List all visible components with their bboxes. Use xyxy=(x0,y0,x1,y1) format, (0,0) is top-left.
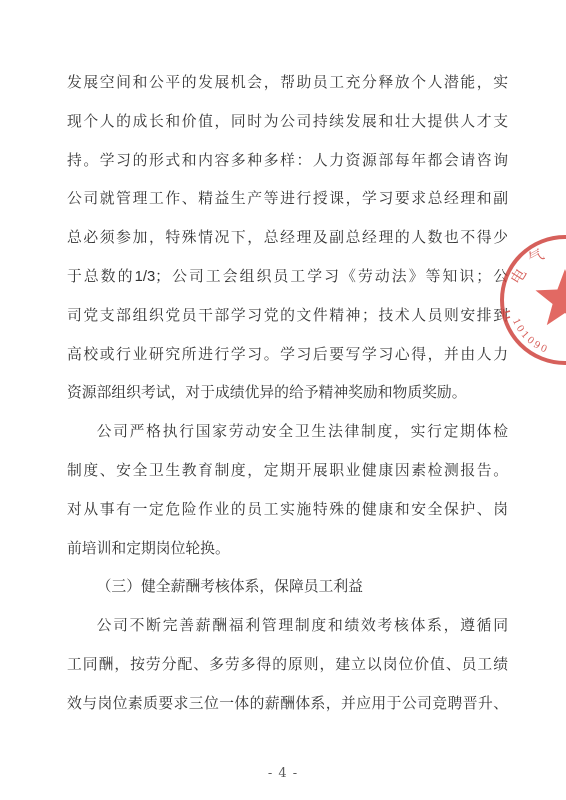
seal-ring xyxy=(502,237,566,363)
text-line: 高校或行业研究所进行学习。学习后要写学习心得，并由人力 xyxy=(67,336,508,375)
seal-company-text: 电气 xyxy=(507,242,555,288)
text-line: 于总数的1/3；公司工会组织员工学习《劳动法》等知识；公 xyxy=(67,258,508,297)
text-line: （三）健全薪酬考核体系，保障员工利益 xyxy=(67,568,508,607)
text-line: 发展空间和公平的发展机会，帮助员工充分释放个人潜能，实 xyxy=(67,64,508,103)
text-line: 总必须参加，特殊情况下，总经理及副总经理的人数也不得少 xyxy=(67,219,508,258)
svg-text:101090: 101090 xyxy=(510,317,551,356)
document-lines: 发展空间和公平的发展机会，帮助员工充分释放个人潜能，实现个人的成长和价值，同时为… xyxy=(67,64,508,724)
text-line: 对从事有一定危险作业的员工实施特殊的健康和安全保护、岗 xyxy=(67,491,508,530)
text-line: 前培训和定期岗位轮换。 xyxy=(67,530,508,569)
text-line: 效与岗位素质要求三位一体的薪酬体系，并应用于公司竞聘晋升、 xyxy=(67,685,508,724)
text-line: 制度、安全卫生教育制度，定期开展职业健康因素检测报告。 xyxy=(67,452,508,491)
text-line: 公司不断完善薪酬福利管理制度和绩效考核体系，遵循同 xyxy=(67,607,508,646)
document-page: 发展空间和公平的发展机会，帮助员工充分释放个人潜能，实现个人的成长和价值，同时为… xyxy=(0,0,566,800)
text-line: 持。学习的形式和内容多种多样：人力资源部每年都会请咨询 xyxy=(67,142,508,181)
seal-serial-number: 101090 xyxy=(510,317,551,356)
text-line: 公司严格执行国家劳动安全卫生法律制度，实行定期体检 xyxy=(67,413,508,452)
text-line: 司党支部组织党员干部学习党的文件精神；技术人员则安排到 xyxy=(67,297,508,336)
page-number: - 4 - xyxy=(0,766,566,781)
seal-star-icon xyxy=(536,269,566,325)
text-line: 资源部组织考试，对于成绩优异的给予精神奖励和物质奖励。 xyxy=(67,374,508,413)
text-line: 工同酬，按劳分配、多劳多得的原则，建立以岗位价值、员工绩 xyxy=(67,646,508,685)
text-line: 公司就管理工作、精益生产等进行授课，学习要求总经理和副 xyxy=(67,180,508,219)
svg-text:电气: 电气 xyxy=(507,242,555,288)
text-line: 现个人的成长和价值，同时为公司持续发展和壮大提供人才支 xyxy=(67,103,508,142)
